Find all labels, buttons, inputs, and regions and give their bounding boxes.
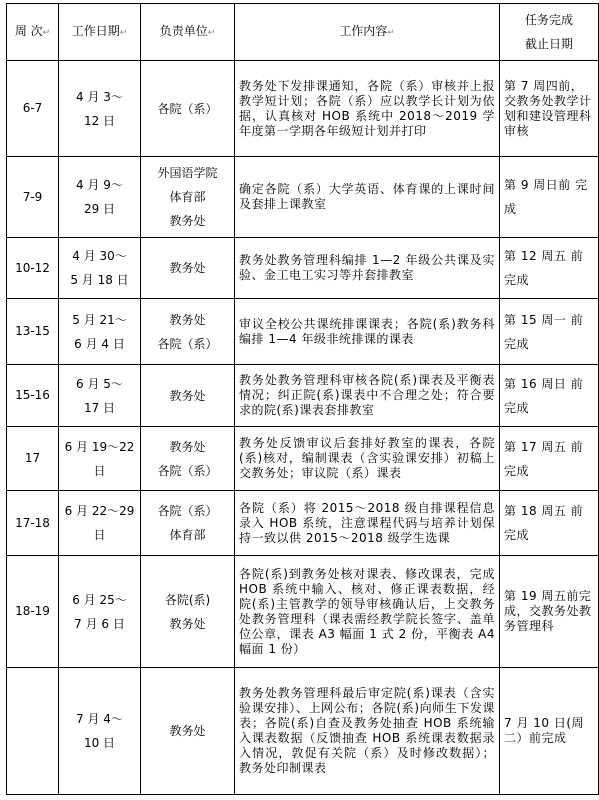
schedule-table: 周 次↵ 工作日期↵ 负责单位↵ 工作内容↵ 任务完成 截止日期 6-74 月 …: [6, 3, 599, 795]
cell-content: 各院（系）将 2015～2018 级自排课程信息录入 HOB 系统，注意课程代码…: [235, 491, 500, 556]
cell-week: [7, 668, 59, 795]
cell-date: 6 月 22～29日: [59, 491, 141, 556]
cell-unit: 教务处各院（系）: [141, 427, 235, 491]
table-row: 15-166 月 5～17 日教务处教务处教务管理科审核各院(系)课表及平衡表情…: [7, 365, 599, 427]
cell-deadline: 第 17 周五 前完成: [500, 427, 599, 491]
cell-date: 4 月 9～29 日: [59, 157, 141, 238]
cell-deadline: 第 16 周日 前完成: [500, 365, 599, 427]
header-week: 周 次↵: [7, 4, 59, 61]
cell-unit: 各院（系）体育部: [141, 491, 235, 556]
cell-date: 6 月 25～7 月 6 日: [59, 556, 141, 668]
cell-unit: 教务处各院（系）: [141, 299, 235, 365]
cell-week: 17-18: [7, 491, 59, 556]
cell-content: 教务处教务管理科审核各院(系)课表及平衡表情况；纠正院(系)课表中不合理之处；符…: [235, 365, 500, 427]
cell-week: 15-16: [7, 365, 59, 427]
cell-date: 7 月 4～10 日: [59, 668, 141, 795]
table-row: 18-196 月 25～7 月 6 日各院(系)教务处各院(系)到教务处核对课表…: [7, 556, 599, 668]
cell-unit: 教务处: [141, 668, 235, 795]
cell-unit: 各院(系)教务处: [141, 556, 235, 668]
cell-deadline: 第 15 周一 前完成: [500, 299, 599, 365]
cell-week: 7-9: [7, 157, 59, 238]
header-date: 工作日期↵: [59, 4, 141, 61]
cell-date: 4 月 3～12 日: [59, 61, 141, 157]
cell-deadline: 7 月 10 日(周二）前完成: [500, 668, 599, 795]
table-row: 176 月 19～22日教务处各院（系）教务处反馈审议后套排好教室的课表，各院(…: [7, 427, 599, 491]
cell-unit: 教务处: [141, 365, 235, 427]
table-row: 17-186 月 22～29日各院（系）体育部各院（系）将 2015～2018 …: [7, 491, 599, 556]
cell-date: 6 月 5～17 日: [59, 365, 141, 427]
header-unit: 负责单位↵: [141, 4, 235, 61]
cell-content: 各院(系)到教务处核对课表、修改课表，完成 HOB 系统中输入、核对、修正课表数…: [235, 556, 500, 668]
cell-deadline: 第 18 周五 前完成: [500, 491, 599, 556]
cell-content: 教务处教务管理科最后审定院(系)课表（含实验课安排）、上网公布；各院(系)向师生…: [235, 668, 500, 795]
table-row: 6-74 月 3～12 日各院（系）教务处下发排课通知，各院（系）审核并上报教学…: [7, 61, 599, 157]
table-row: 13-155 月 21～6 月 4 日教务处各院（系）审议全校公共课统排课课表；…: [7, 299, 599, 365]
cell-week: 6-7: [7, 61, 59, 157]
cell-content: 确定各院（系）大学英语、体育课的上课时间及套排上课教室: [235, 157, 500, 238]
cell-deadline: 第 7 周四前，交教务处教学计划和建设管理科审核: [500, 61, 599, 157]
cell-content: 教务处下发排课通知，各院（系）审核并上报教学短计划；各院（系）应以教学长计划为依…: [235, 61, 500, 157]
cell-week: 13-15: [7, 299, 59, 365]
cell-deadline: 第 12 周五 前完成: [500, 238, 599, 299]
table-row: 7-94 月 9～29 日外国语学院体育部教务处确定各院（系）大学英语、体育课的…: [7, 157, 599, 238]
cell-content: 教务处教务管理科编排 1—2 年级公共课及实验、金工电工实习等并套排教室: [235, 238, 500, 299]
cell-unit: 外国语学院体育部教务处: [141, 157, 235, 238]
table-row: 7 月 4～10 日教务处教务处教务管理科最后审定院(系)课表（含实验课安排）、…: [7, 668, 599, 795]
cell-content: 审议全校公共课统排课课表；各院(系)教务科编排 1—4 年级非统排课的课表: [235, 299, 500, 365]
cell-unit: 各院（系）: [141, 61, 235, 157]
header-row: 周 次↵ 工作日期↵ 负责单位↵ 工作内容↵ 任务完成 截止日期: [7, 4, 599, 61]
table-row: 10-124 月 30～5 月 18 日教务处教务处教务管理科编排 1—2 年级…: [7, 238, 599, 299]
cell-date: 4 月 30～5 月 18 日: [59, 238, 141, 299]
cell-week: 17: [7, 427, 59, 491]
header-content: 工作内容↵: [235, 4, 500, 61]
cell-date: 5 月 21～6 月 4 日: [59, 299, 141, 365]
cell-deadline: 第 9 周日前 完成: [500, 157, 599, 238]
cell-week: 18-19: [7, 556, 59, 668]
cell-deadline: 第 19 周五前完成，交教务处教务管理科: [500, 556, 599, 668]
cell-week: 10-12: [7, 238, 59, 299]
cell-content: 教务处反馈审议后套排好教室的课表，各院(系)核对，编制课表（含实验课安排）初稿上…: [235, 427, 500, 491]
cell-date: 6 月 19～22日: [59, 427, 141, 491]
cell-unit: 教务处: [141, 238, 235, 299]
header-deadline: 任务完成 截止日期: [500, 4, 599, 61]
